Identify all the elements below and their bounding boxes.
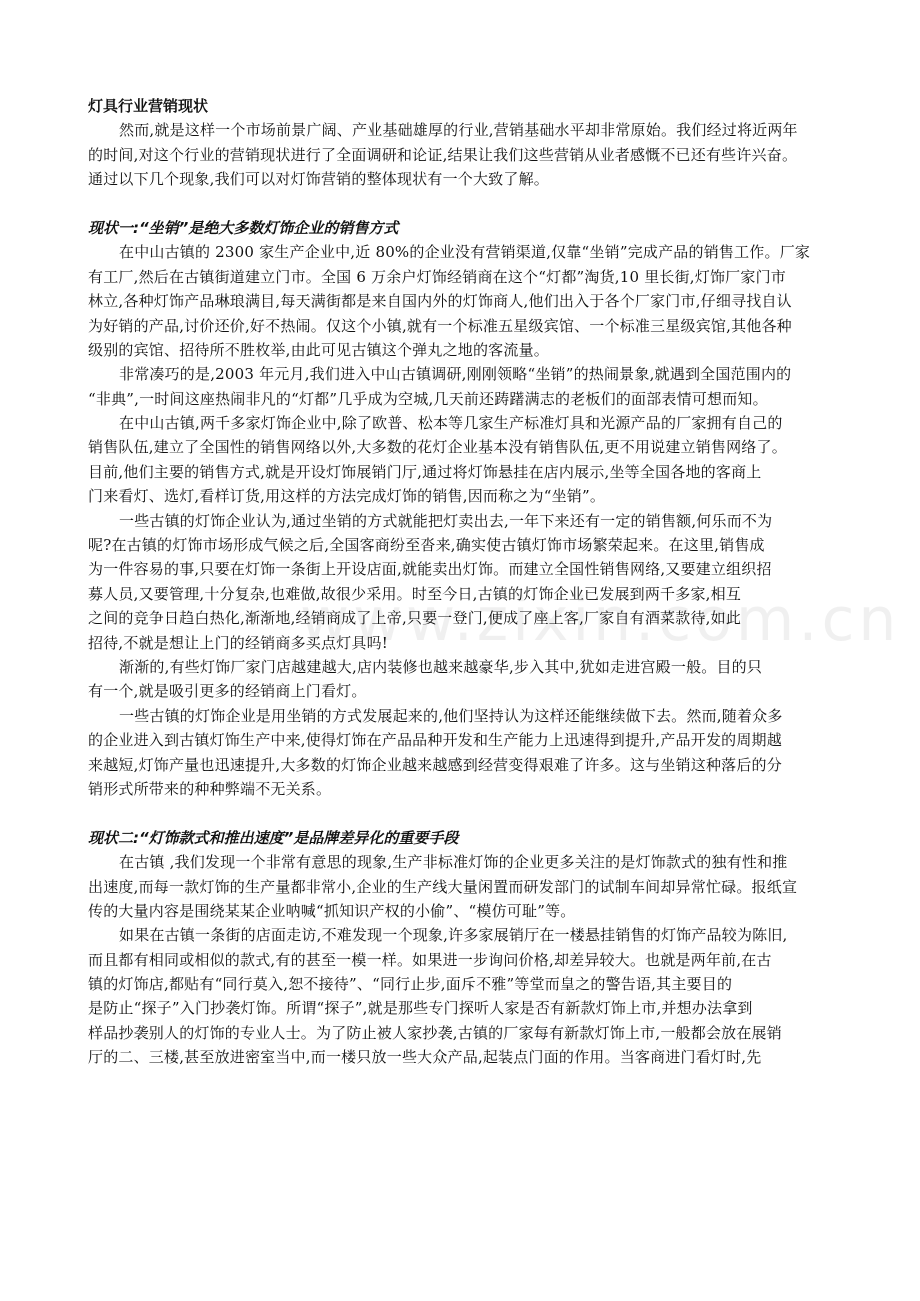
text-line: 镇的灯饰店,都贴有“同行莫入,恕不接待”、“同行止步,面斥不雅”等堂而皇之的警告…: [88, 972, 864, 996]
text-line: 在中山古镇,两千多家灯饰企业中,除了欧普、松本等几家生产标准灯具和光源产品的厂家…: [88, 411, 864, 435]
text-line: 在古镇 ,我们发现一个非常有意思的现象,生产非标准灯饰的企业更多关注的是灯饰款式…: [88, 850, 864, 874]
text-line: 然而,就是这样一个市场前景广阔、产业基础雄厚的行业,营销基础水平却非常原始。我们…: [88, 118, 864, 142]
paragraph: 在古镇 ,我们发现一个非常有意思的现象,生产非标准灯饰的企业更多关注的是灯饰款式…: [88, 850, 864, 923]
text-line: 呢?在古镇的灯饰市场形成气候之后,全国客商纷至沓来,确实使古镇灯饰市场繁荣起来。…: [88, 533, 864, 557]
text-line: 来越短,灯饰产量也迅速提升,大多数的灯饰企业越来越感到经营变得艰难了许多。这与坐…: [88, 753, 864, 777]
paragraph: 在中山古镇的 2300 家生产企业中,近 80%的企业没有营销渠道,仅靠“坐销”…: [88, 240, 864, 362]
text-line: 厅的二、三楼,甚至放进密室当中,而一楼只放一些大众产品,起装点门面的作用。当客商…: [88, 1045, 864, 1069]
text-line: 而且都有相同或相似的款式,有的甚至一模一样。如果进一步询问价格,却差异较大。也就…: [88, 948, 864, 972]
text-line: 通过以下几个现象,我们可以对灯饰营销的整体现状有一个大致了解。: [88, 167, 864, 191]
text-line: 招待,不就是想让上门的经销商多买点灯具吗!: [88, 631, 864, 655]
text-line: 传的大量内容是围绕某某企业呐喊“抓知识产权的小偷”、“模仿可耻”等。: [88, 899, 864, 923]
text-line: 林立,各种灯饰产品琳琅满目,每天满街都是来自国内外的灯饰商人,他们出入于各个厂家…: [88, 289, 864, 313]
text-line: 为好销的产品,讨价还价,好不热闹。仅这个小镇,就有一个标准五星级宾馆、一个标准三…: [88, 314, 864, 338]
text-line: 非常凑巧的是,2003 年元月,我们进入中山古镇调研,刚刚领略“坐销”的热闹景象…: [88, 362, 864, 386]
paragraph: 非常凑巧的是,2003 年元月,我们进入中山古镇调研,刚刚领略“坐销”的热闹景象…: [88, 362, 864, 411]
paragraph: 如果在古镇一条街的店面走访,不难发现一个现象,许多家展销厅在一楼悬挂销售的灯饰产…: [88, 923, 864, 1069]
text-line: 的时间,对这个行业的营销现状进行了全面调研和论证,结果让我们这些营销从业者感慨不…: [88, 143, 864, 167]
text-line: 如果在古镇一条街的店面走访,不难发现一个现象,许多家展销厅在一楼悬挂销售的灯饰产…: [88, 923, 864, 947]
text-line: 级别的宾馆、招待所不胜枚举,由此可见古镇这个弹丸之地的客流量。: [88, 338, 864, 362]
section-heading: 现状二:“灯饰款式和推出速度”是品牌差异化的重要手段: [88, 826, 864, 850]
section-heading: 现状一:“坐销”是绝大多数灯饰企业的销售方式: [88, 216, 864, 240]
text-line: 是防止“探子”入门抄袭灯饰。所谓“探子”,就是那些专门探听人家是否有新款灯饰上市…: [88, 996, 864, 1020]
text-line: 之间的竞争日趋白热化,渐渐地,经销商成了上帝,只要一登门,便成了座上客,厂家自有…: [88, 606, 864, 630]
text-line: 样品抄袭别人的灯饰的专业人士。为了防止被人家抄袭,古镇的厂家每有新款灯饰上市,一…: [88, 1021, 864, 1045]
paragraph: 一些古镇的灯饰企业是用坐销的方式发展起来的,他们坚持认为这样还能继续做下去。然而…: [88, 704, 864, 802]
text-line: 有工厂,然后在古镇街道建立门市。全国 6 万余户灯饰经销商在这个“灯都”淘货,1…: [88, 265, 864, 289]
text-line: 为一件容易的事,只要在灯饰一条街上开设店面,就能卖出灯饰。而建立全国性销售网络,…: [88, 557, 864, 581]
text-line: 有一个,就是吸引更多的经销商上门看灯。: [88, 679, 864, 703]
paragraph: 渐渐的,有些灯饰厂家门店越建越大,店内装修也越来越豪华,步入其中,犹如走进宫殿一…: [88, 655, 864, 704]
text-line: 在中山古镇的 2300 家生产企业中,近 80%的企业没有营销渠道,仅靠“坐销”…: [88, 240, 864, 264]
document-title: 灯具行业营销现状: [88, 94, 864, 118]
text-line: “非典”,一时间这座热闹非凡的“灯都”几乎成为空城,几天前还踌躇满志的老板们的面…: [88, 387, 864, 411]
text-line: 的企业进入到古镇灯饰生产中来,使得灯饰在产品品种开发和生产能力上迅速得到提升,产…: [88, 728, 864, 752]
text-line: 一些古镇的灯饰企业是用坐销的方式发展起来的,他们坚持认为这样还能继续做下去。然而…: [88, 704, 864, 728]
paragraph: 一些古镇的灯饰企业认为,通过坐销的方式就能把灯卖出去,一年下来还有一定的销售额,…: [88, 509, 864, 655]
text-line: 出速度,而每一款灯饰的生产量都非常小,企业的生产线大量闲置而研发部门的试制车间却…: [88, 875, 864, 899]
paragraph: 在中山古镇,两千多家灯饰企业中,除了欧普、松本等几家生产标准灯具和光源产品的厂家…: [88, 411, 864, 509]
text-line: 门来看灯、选灯,看样订货,用这样的方法完成灯饰的销售,因而称之为“坐销”。: [88, 484, 864, 508]
text-line: 渐渐的,有些灯饰厂家门店越建越大,店内装修也越来越豪华,步入其中,犹如走进宫殿一…: [88, 655, 864, 679]
text-line: 一些古镇的灯饰企业认为,通过坐销的方式就能把灯卖出去,一年下来还有一定的销售额,…: [88, 509, 864, 533]
text-line: 销售队伍,建立了全国性的销售网络以外,大多数的花灯企业基本没有销售队伍,更不用说…: [88, 435, 864, 459]
intro-paragraph: 然而,就是这样一个市场前景广阔、产业基础雄厚的行业,营销基础水平却非常原始。我们…: [88, 118, 864, 191]
text-line: 募人员,又要管理,十分复杂,也难做,故很少采用。时至今日,古镇的灯饰企业已发展到…: [88, 582, 864, 606]
text-line: 销形式所带来的种种弊端不无关系。: [88, 777, 864, 801]
document-page: 灯具行业营销现状 然而,就是这样一个市场前景广阔、产业基础雄厚的行业,营销基础水…: [88, 94, 864, 1070]
text-line: 目前,他们主要的销售方式,就是开设灯饰展销门厅,通过将灯饰悬挂在店内展示,坐等全…: [88, 460, 864, 484]
